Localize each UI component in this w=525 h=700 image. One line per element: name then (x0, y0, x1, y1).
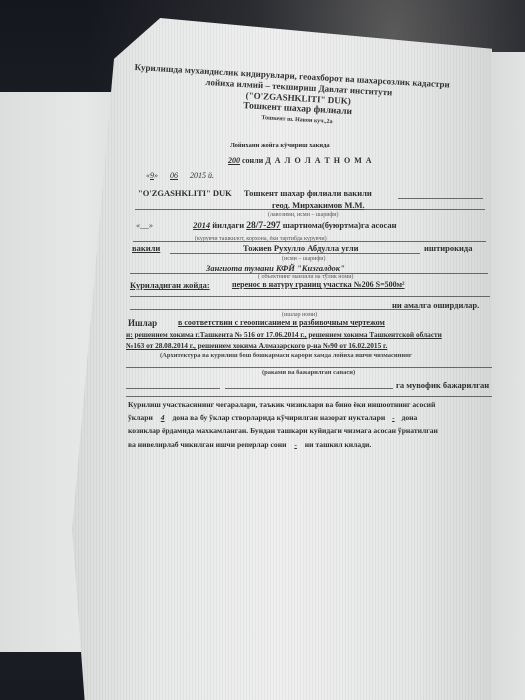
customer-name-hint: (исми – шарифи) (282, 256, 325, 262)
underline (126, 367, 492, 368)
date-month: 06 (160, 171, 188, 180)
object-name: Зангиота тумани КФЙ "Кизгалдок" (206, 263, 345, 273)
body-line1: Курилиш участкасининг чегаралари, таъкик… (128, 400, 435, 409)
underline (225, 388, 393, 389)
underline (135, 209, 485, 210)
works-suffix: га мувофик бажарилган (396, 380, 489, 390)
representative-org: "O'ZGASHKLITI" DUK (138, 188, 232, 198)
works-line2: и: решением хокима г.Ташкента № 516 от 1… (126, 330, 442, 339)
body-line4: ва нивелирлаб чикилган ишчи реперлар сон… (128, 440, 371, 449)
underline (398, 198, 483, 199)
customer-suffix: иштирокида (424, 243, 472, 253)
body-line2: ўклари 4 дона ва бу ўклар створларида кў… (128, 413, 417, 422)
works-line3: №163 от 28.08.2014 г., решением хокима А… (126, 341, 387, 350)
customer-label: вакили (132, 243, 160, 253)
contract-line: «__» 2014 йилдаги 28/7-297 шартнома(буюр… (136, 220, 397, 231)
body-line3: козиклар ёрдамида махкамланган. Бундан т… (128, 426, 438, 435)
works-hint2: (раками ва бажарилган санаси) (262, 369, 355, 376)
contract-quotes: «__» (136, 220, 153, 230)
date-year: 2015 й. (190, 171, 214, 180)
contract-year-suffix: йилдаги (212, 220, 244, 230)
works-label: Ишлар (128, 318, 157, 328)
act-title: Д А Л О Л А Т Н О М А (265, 156, 372, 165)
title-line: 200 сонли Д А Л О Л А Т Н О М А (228, 156, 373, 165)
underline (126, 396, 492, 397)
control-points-count: - (387, 413, 400, 422)
underline (170, 253, 420, 254)
customer-hint: (курувчи ташкилот, корхона, ёки тартибда… (195, 236, 327, 242)
customer-name: Тожиев Рухулло Абдулла угли (243, 243, 359, 253)
benchmarks-count: - (288, 440, 303, 449)
subtitle: Лойихани жойга кўчириш хакида (230, 142, 330, 149)
act-number-suffix: сонли (242, 156, 263, 165)
site-value: перенос в натуру границ участка №206 S=5… (232, 280, 405, 289)
back-sheet-right (487, 52, 525, 700)
contract-text: шартнома(буюртма)га асосан (283, 220, 397, 230)
act-number: 200 (228, 156, 240, 165)
site-label: Куриладиган жойда: (130, 280, 210, 290)
representative-name-hint: (лавозими, исми – шарифи) (268, 212, 339, 218)
axes-count: 4 (155, 413, 171, 422)
representative-branch: Тошкент шахар филиали вакили (244, 188, 372, 198)
site-suffix: ни амалга оширдилар. (392, 300, 479, 310)
representative-line: "O'ZGASHKLITI" DUK Тошкент шахар филиали… (138, 188, 372, 198)
works-hint1: (Архитектура ва курилиш бош бошкармаси к… (160, 352, 412, 359)
underline (130, 309, 420, 310)
underline (130, 296, 490, 297)
underline (126, 388, 220, 389)
act-date: «9» 06 2015 й. (146, 171, 214, 180)
works-line1: в соответствии с геоописанием и разбивоч… (178, 318, 385, 327)
contract-number: 28/7-297 (246, 221, 280, 231)
contract-year: 2014 (193, 220, 210, 230)
